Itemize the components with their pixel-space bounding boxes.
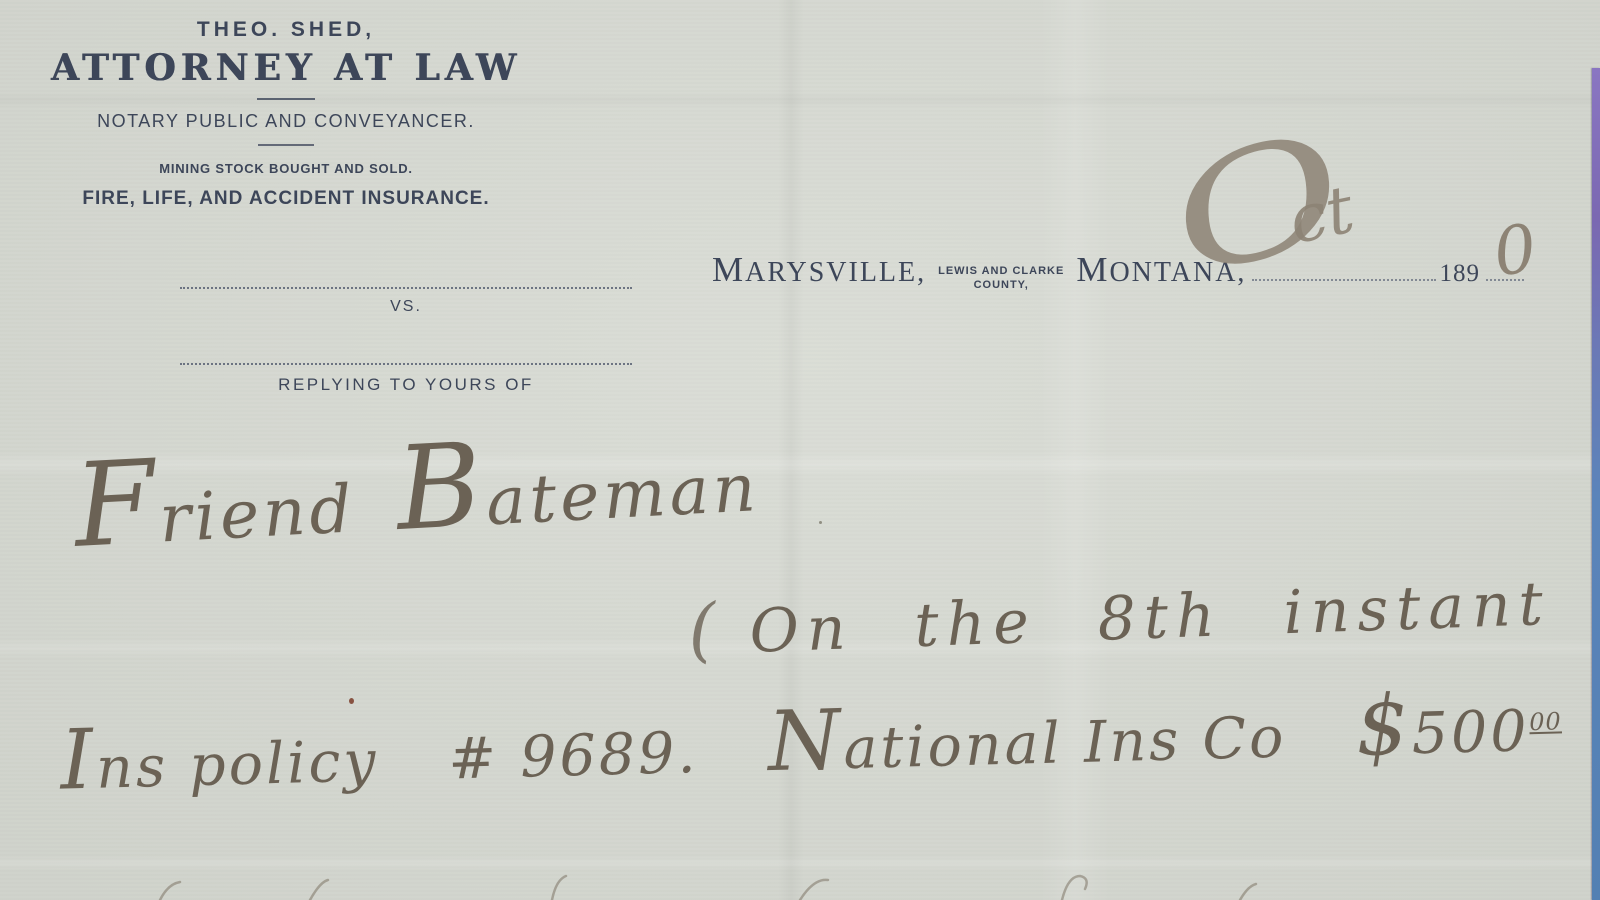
letterhead-rule [257, 98, 315, 100]
paper-fold-horizontal [0, 856, 1600, 870]
blank-dotted-line [180, 287, 632, 289]
handwritten-amount-cents: 00 [1529, 707, 1562, 736]
vs-label: VS. [180, 298, 632, 316]
replying-to-label: REPLYING TO YOURS OF [180, 375, 632, 395]
salutation-word: Bateman [394, 414, 762, 548]
handwritten-month: Oct [1187, 131, 1362, 283]
handwritten-paren-mark: ( [687, 588, 725, 671]
letterhead-name: THEO. SHED, [10, 18, 562, 42]
dateline-county-line2: COUNTY, [974, 278, 1029, 292]
printed-year-prefix: 189 [1440, 260, 1481, 288]
handwritten-line-1: (On the 8th instant [687, 565, 1552, 665]
blank-dotted-line [180, 363, 632, 365]
letterhead-service-line-1: NOTARY PUBLIC AND CONVEYANCER. [10, 111, 562, 132]
handwritten-phrase: Ins policy [59, 711, 379, 802]
handwritten-salutation: FriendBateman [71, 414, 761, 565]
dateline-city: MARYSVILLE, [712, 250, 926, 290]
dateline-county-line1: LEWIS AND CLARKE [938, 264, 1064, 278]
handwritten-line-2: Ins policy # 9689. National Ins Co $5000… [59, 680, 1563, 802]
salutation-word: Friend [71, 435, 357, 565]
letterhead-service-line-3: FIRE, LIFE, AND ACCIDENT INSURANCE. [10, 188, 562, 210]
dateline: MARYSVILLE, LEWIS AND CLARKE COUNTY, MON… [712, 250, 1524, 299]
handwritten-amount-value: $500 [1355, 698, 1530, 769]
handwritten-company: National Ins Co [767, 688, 1287, 784]
letterhead-rule [258, 144, 314, 146]
scanned-letter-page: THEO. SHED, ATTORNEY AT LAW NOTARY PUBLI… [0, 0, 1600, 900]
letterhead-service-line-2: MINING STOCK BOUGHT AND SOLD. [10, 161, 562, 176]
handwritten-policy-number: # 9689. [448, 725, 699, 789]
letterhead: THEO. SHED, ATTORNEY AT LAW NOTARY PUBLI… [10, 18, 562, 210]
ink-speck [349, 698, 354, 704]
cutoff-handwriting-strokes [0, 870, 1600, 900]
scan-edge-strip [1592, 68, 1600, 900]
handwritten-line-1-text: On the 8th instant [748, 569, 1551, 667]
letterhead-profession: ATTORNEY AT LAW [10, 47, 562, 89]
case-caption-block: VS. REPLYING TO YOURS OF [180, 287, 632, 395]
handwritten-amount: $50000 [1355, 680, 1563, 768]
ink-speck [819, 521, 822, 524]
dateline-county: LEWIS AND CLARKE COUNTY, [938, 264, 1064, 292]
